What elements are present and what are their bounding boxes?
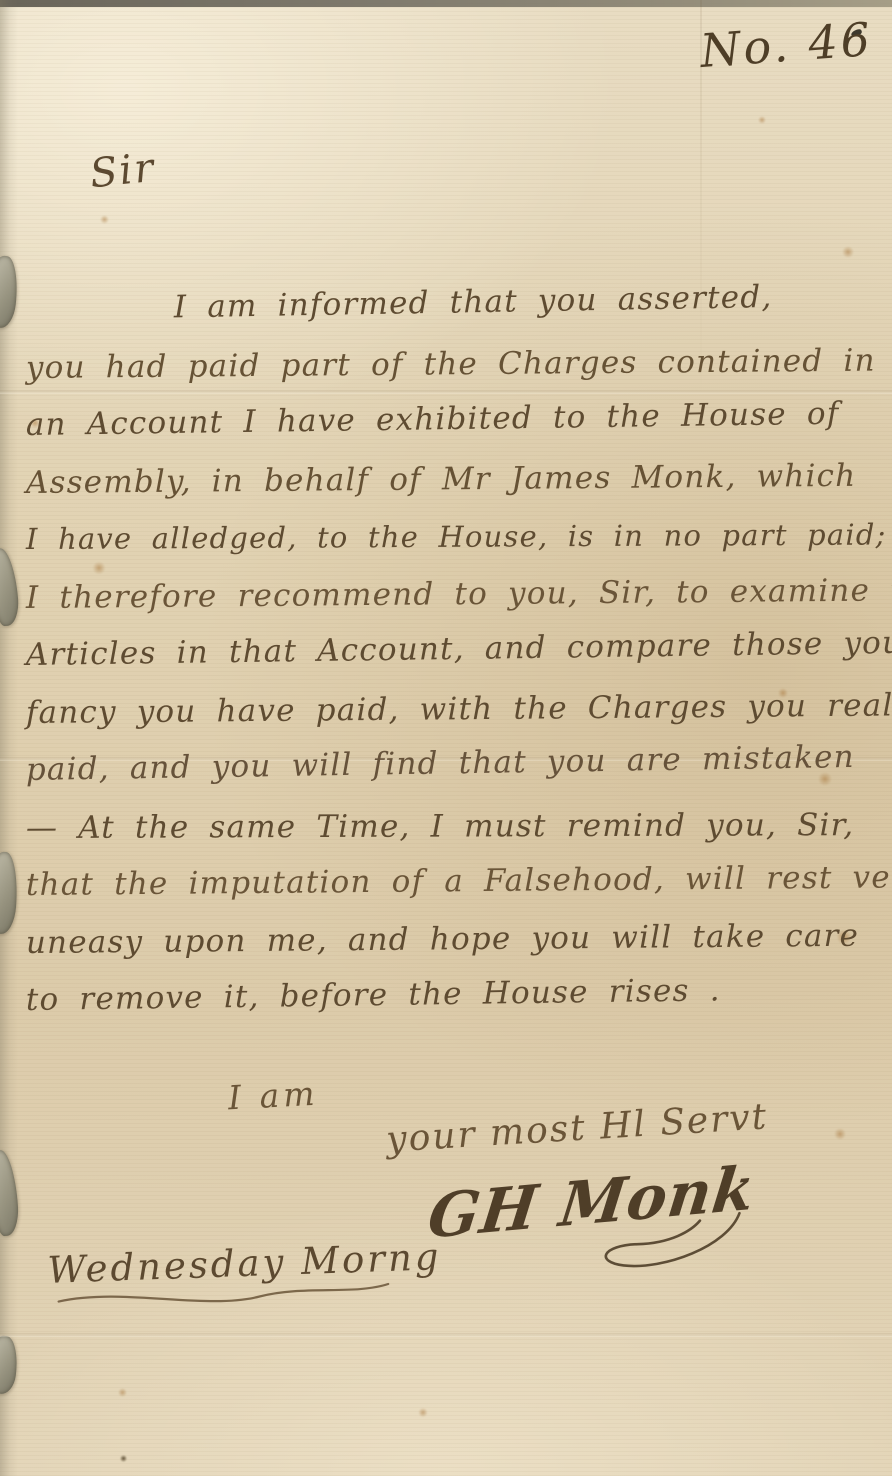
letter-page: No. 46 Sir I am informed that you assert… xyxy=(0,0,892,1476)
body-line: Assembly, in behalf of Mr James Monk, wh… xyxy=(26,457,886,522)
scan-top-edge xyxy=(0,0,892,7)
docket-number: No. 46 xyxy=(698,12,874,78)
foxing-spot xyxy=(842,246,854,258)
signature-block: GH Monk xyxy=(426,1154,758,1252)
body-line: I have alledged, to the House, is in no … xyxy=(26,517,886,579)
foxing-spot xyxy=(100,215,109,224)
torn-binding-edge xyxy=(0,0,18,1476)
letter-body: I am informed that you asserted, you had… xyxy=(26,292,886,1040)
ink-speck xyxy=(120,1455,127,1462)
fold-crease xyxy=(0,1333,892,1337)
closing-i-am: I am xyxy=(227,1074,319,1118)
body-line: I am informed that you asserted, xyxy=(25,277,886,350)
foxing-spot xyxy=(758,116,766,124)
foxing-spot xyxy=(834,1128,846,1140)
foxing-spot xyxy=(418,1408,428,1417)
foxing-spot xyxy=(118,1388,127,1397)
body-line: an Account I have exhibited to the House… xyxy=(26,395,887,465)
dateline-block: Wednesday Morng xyxy=(47,1235,444,1326)
body-line: — At the same Time, I must remind you, S… xyxy=(26,806,886,867)
body-line: paid, and you will find that you are mis… xyxy=(26,738,887,809)
body-line: that the imputation of a Falsehood, will… xyxy=(26,859,886,924)
body-line: Articles in that Account, and compare th… xyxy=(26,625,887,695)
salutation: Sir xyxy=(88,145,158,198)
closing-compliment: your most Hl Servt xyxy=(385,1096,769,1160)
body-line: to remove it, before the House rises . xyxy=(26,970,887,1040)
